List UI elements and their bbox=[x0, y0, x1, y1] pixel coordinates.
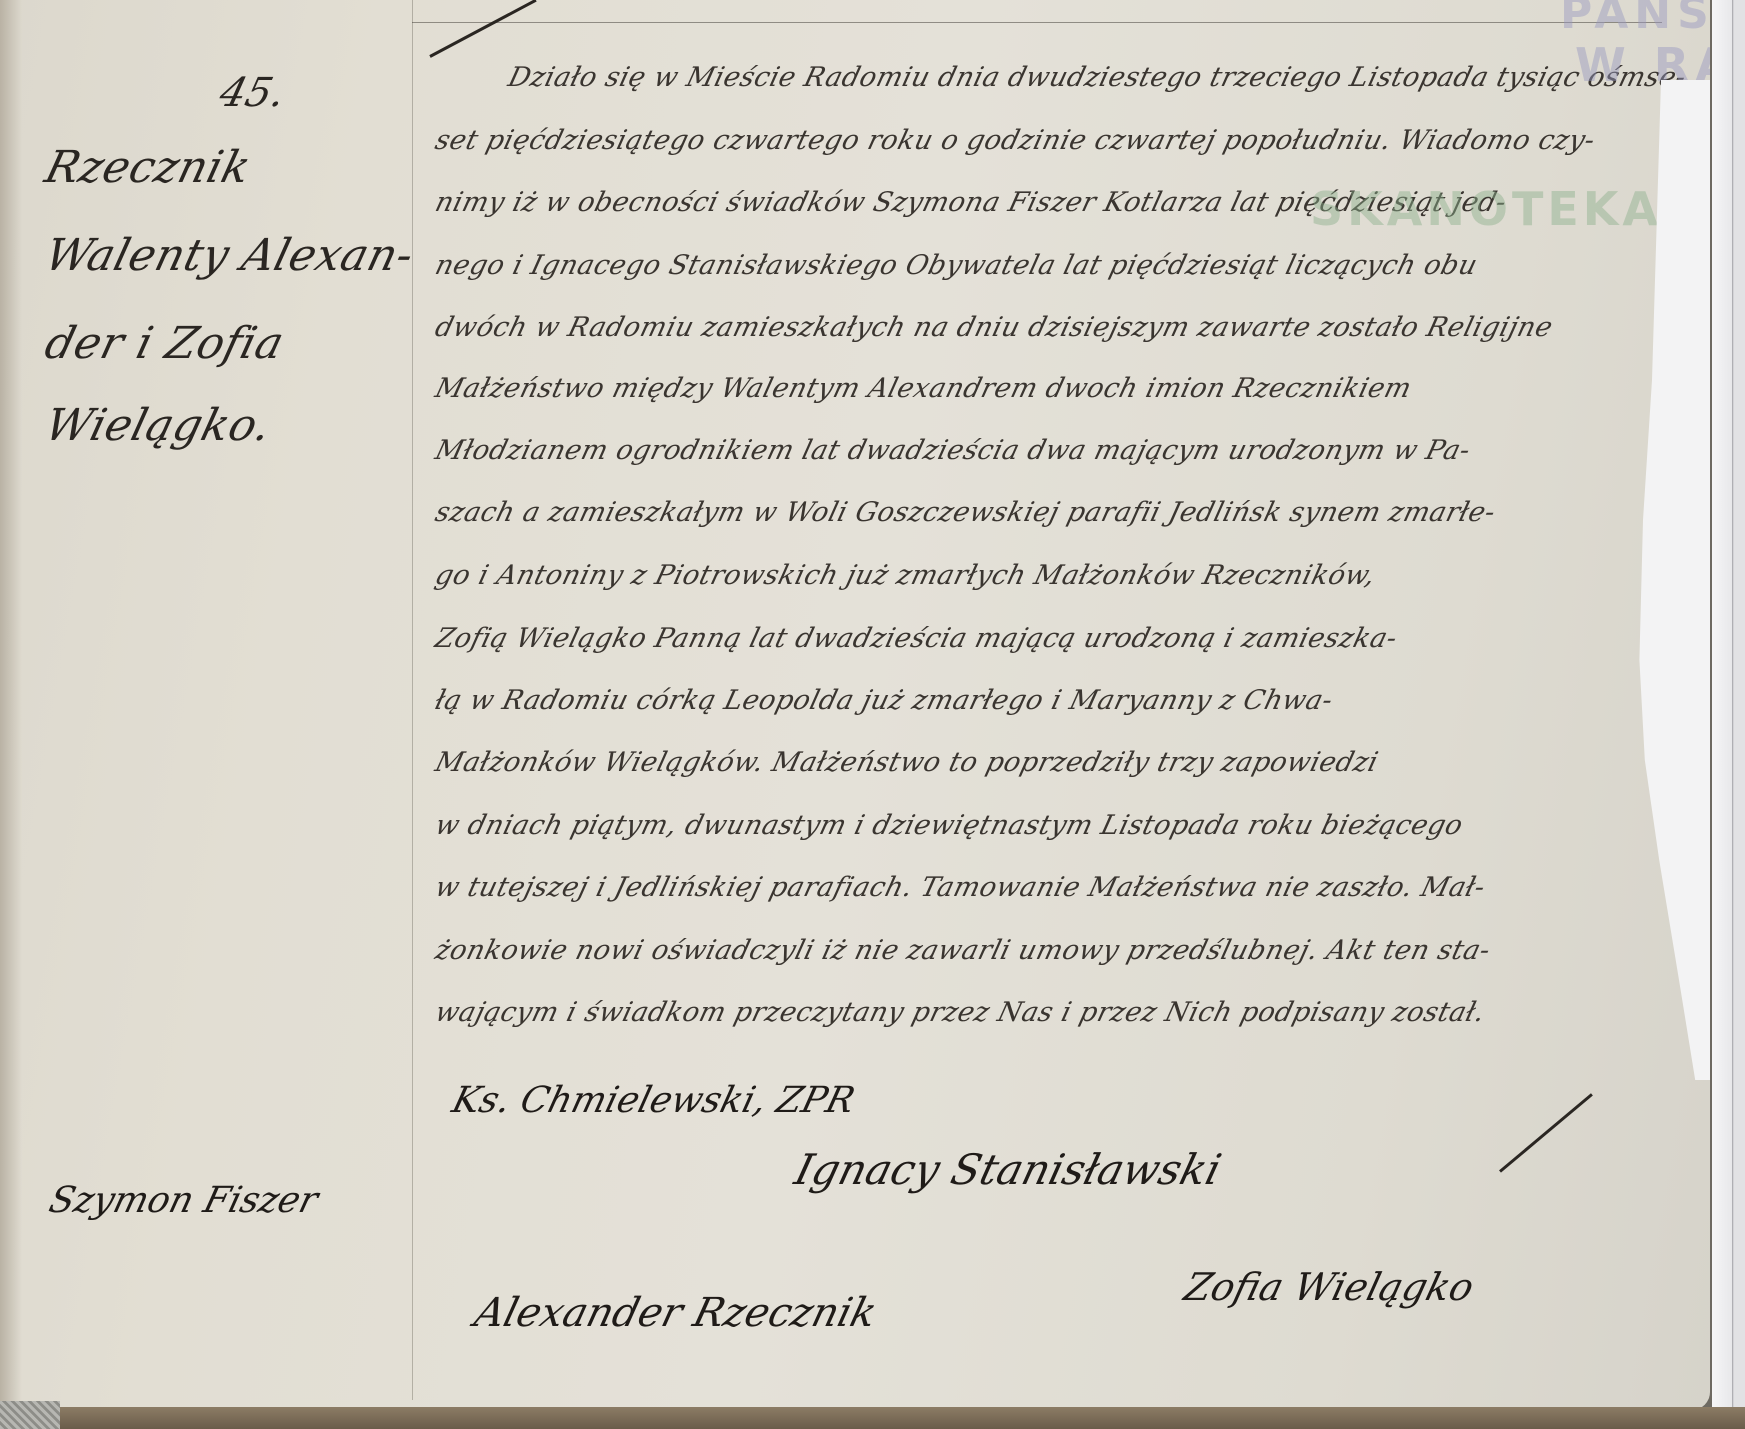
signature-bride: Zofia Wielągko bbox=[1180, 1265, 1478, 1309]
body-line: wającym i świadkom przeczytany przez Nas… bbox=[432, 997, 1488, 1028]
binding-shadow bbox=[0, 0, 22, 1410]
body-line: żonkowie nowi oświadczyli iż nie zawarli… bbox=[432, 935, 1494, 966]
body-line: dwóch w Radomiu zamieszkałych na dniu dz… bbox=[432, 312, 1556, 343]
signature-witness-2: Ignacy Stanisławski bbox=[790, 1145, 1226, 1194]
signature-groom: Alexander Rzecznik bbox=[470, 1290, 881, 1336]
margin-rule-line bbox=[412, 0, 413, 1400]
entry-number: 45. bbox=[215, 70, 290, 116]
body-line: Młodzianem ogrodnikiem lat dwadzieścia d… bbox=[432, 435, 1474, 466]
torn-page-edge bbox=[1625, 80, 1710, 1080]
binding-cloth bbox=[0, 1401, 60, 1429]
signature-priest: Ks. Chmielewski, ZPR bbox=[448, 1080, 859, 1121]
body-line: w tutejszej i Jedlińskiej parafiach. Tam… bbox=[432, 872, 1489, 903]
header-flourish bbox=[429, 0, 536, 58]
adjacent-page-edge bbox=[1712, 0, 1745, 1410]
closing-stroke bbox=[1499, 1093, 1593, 1172]
margin-name-line: Rzecznik bbox=[40, 142, 256, 193]
top-rule-line bbox=[412, 22, 1662, 23]
manuscript-page: 45. Rzecznik Walenty Alexan- der i Zofia… bbox=[0, 0, 1710, 1410]
body-line: nego i Ignacego Stanisławskiego Obywatel… bbox=[432, 250, 1481, 281]
margin-name-line: Walenty Alexan- bbox=[40, 230, 419, 281]
body-line: go i Antoniny z Piotrowskich już zmarłyc… bbox=[432, 560, 1379, 591]
body-line: Małżonków Wielągków. Małżeństwo to poprz… bbox=[432, 747, 1381, 778]
book-bottom-edge bbox=[0, 1407, 1745, 1429]
signature-witness-1: Szymon Fiszer bbox=[45, 1180, 322, 1221]
body-line: nimy iż w obecności świadków Szymona Fis… bbox=[432, 187, 1510, 218]
body-line: Zofią Wielągko Panną lat dwadzieścia maj… bbox=[432, 623, 1401, 654]
body-line: set pięćdziesiątego czwartego roku o god… bbox=[432, 125, 1598, 156]
body-line: szach a zamieszkałym w Woli Goszczewskie… bbox=[432, 497, 1499, 528]
watermark-archive-line-1: PANST bbox=[1560, 0, 1710, 39]
body-line: Małżeństwo między Walentym Alexandrem dw… bbox=[432, 373, 1415, 404]
margin-name-line: Wielągko. bbox=[40, 400, 277, 451]
body-line: Działo się w Mieście Radomiu dnia dwudzi… bbox=[505, 62, 1689, 93]
body-line: łą w Radomiu córką Leopolda już zmarłego… bbox=[432, 685, 1336, 716]
body-line: w dniach piątym, dwunastym i dziewiętnas… bbox=[432, 810, 1466, 841]
margin-name-line: der i Zofia bbox=[40, 318, 289, 369]
